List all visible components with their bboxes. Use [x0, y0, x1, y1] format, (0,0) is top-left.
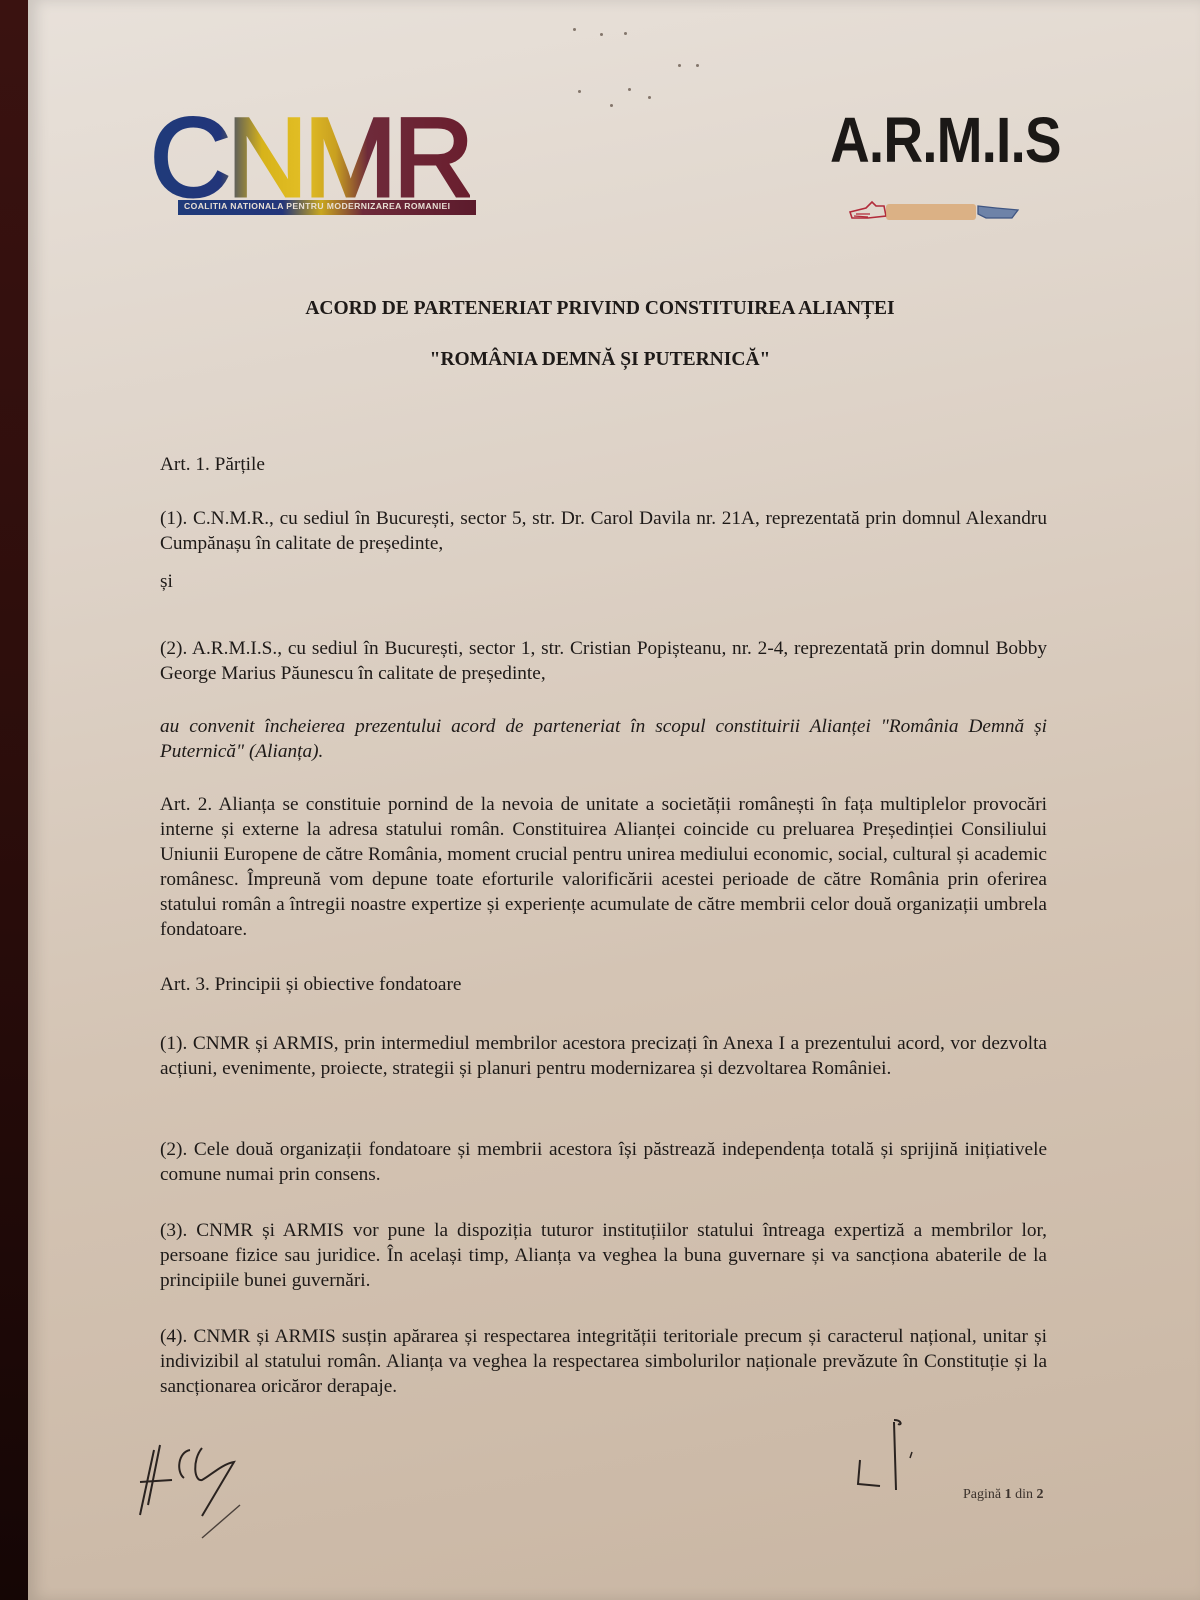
article-2-text: Art. 2. Alianța se constituie pornind de… — [160, 792, 1047, 942]
signature-left — [132, 1420, 262, 1550]
article-1-heading: Art. 1. Părțile — [160, 454, 265, 476]
article-3-paragraph-3: (3). CNMR și ARMIS vor pune la dispoziți… — [160, 1218, 1047, 1293]
armis-logo: A.R.M.I.S — [830, 104, 1061, 176]
article-3-paragraph-1: (1). CNMR și ARMIS, prin intermediul mem… — [160, 1031, 1047, 1081]
article-1-conjunction: și — [160, 571, 173, 593]
document-subtitle: "ROMÂNIA DEMNĂ ȘI PUTERNICĂ" — [0, 349, 1200, 371]
article-3-paragraph-4: (4). CNMR și ARMIS susțin apărarea și re… — [160, 1324, 1047, 1399]
page-number: Pagină 1 din 2 — [963, 1487, 1044, 1503]
article-1-party-1: (1). C.N.M.R., cu sediul în București, s… — [160, 506, 1047, 556]
article-1-agreement: au convenit încheierea prezentului acord… — [160, 714, 1047, 764]
cnmr-logo-subtitle: COALITIA NATIONALA PENTRU MODERNIZAREA R… — [184, 201, 450, 211]
hand-flag-icon — [846, 196, 1026, 224]
page-label: Pagină — [963, 1487, 1001, 1502]
cnmr-logo: CNMR COALITIA NATIONALA PENTRU MODERNIZA… — [150, 108, 480, 218]
table-background-edge — [0, 0, 30, 1600]
page-current: 1 — [1005, 1487, 1012, 1502]
signature-right — [850, 1410, 930, 1500]
document-title: ACORD DE PARTENERIAT PRIVIND CONSTITUIRE… — [0, 298, 1200, 320]
page-of: din — [1015, 1487, 1033, 1502]
page-total: 2 — [1037, 1487, 1044, 1502]
article-3-heading: Art. 3. Principii și obiective fondatoar… — [160, 974, 461, 996]
article-1-party-2: (2). A.R.M.I.S., cu sediul în București,… — [160, 636, 1047, 686]
cnmr-logo-text: CNMR — [150, 108, 470, 208]
article-3-paragraph-2: (2). Cele două organizații fondatoare și… — [160, 1137, 1047, 1187]
